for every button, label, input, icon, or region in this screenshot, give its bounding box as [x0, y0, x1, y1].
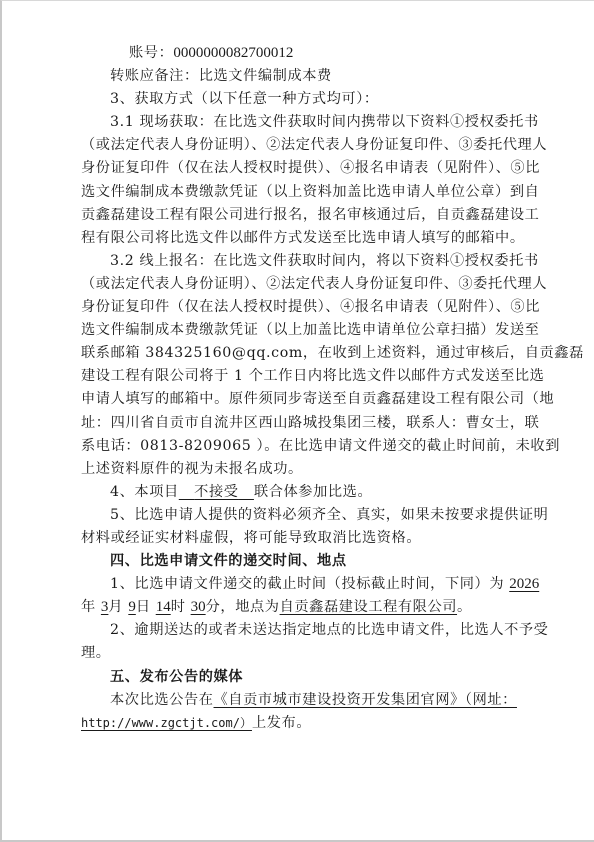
section4-heading: 四、比选申请文件的递交时间、地点	[81, 550, 511, 573]
paragraph-line: （或法定代表人身份证明）、②法定代表人身份证复印件、③委托代理人	[81, 273, 511, 296]
account-label: 账号：	[129, 45, 173, 61]
paragraph-line: 理。	[81, 642, 511, 665]
section5-heading: 五、发布公告的媒体	[81, 666, 511, 689]
paragraph-line: 材料或经证实材料虚假，将可能导致取消比选资格。	[81, 527, 511, 550]
hour-suffix: 时	[171, 599, 191, 615]
media-line-2: http://www.zgctjt.com/）上发布。	[81, 712, 511, 735]
media-suffix: 上发布。	[252, 715, 311, 731]
deadline-minute: 30	[191, 599, 206, 615]
deadline-hour: 14	[156, 599, 171, 615]
deadline-day: 9	[128, 599, 136, 615]
website-url: http://www.zgctjt.com/）	[81, 716, 252, 730]
sentence-end: 。	[457, 599, 472, 615]
onsite-registration-paragraph: 3.1 现场获取：在比选文件获取时间内携带以下资料①授权委托书 （或法定代表人身…	[81, 111, 511, 250]
paragraph-line-phone: 系电话：0813-8209065 ）。在比选申请文件递交的截止时间前，未收到	[81, 435, 511, 458]
paragraph-line: 3.2 线上报名：在比选文件获取时间内，将以下资料①授权委托书	[81, 250, 511, 273]
online-registration-paragraph: 3.2 线上报名：在比选文件获取时间内，将以下资料①授权委托书 （或法定代表人身…	[81, 250, 511, 481]
transfer-note-label: 转账应备注：	[110, 68, 199, 84]
year-suffix: 年	[81, 599, 101, 615]
transfer-note-value: 比选文件编制成本费	[199, 68, 332, 84]
deadline-line-1: 1、比选申请文件递交的截止时间（投标截止时间，下同）为 2026	[81, 573, 511, 596]
document-body: 账号：0000000082700012 转账应备注：比选文件编制成本费 3、获取…	[81, 42, 511, 735]
deadline-line-2: 年 3月 9日 14时 30分，地点为自贡鑫磊建设工程有限公司。	[81, 596, 511, 619]
item4-consortium-value: 不接受	[179, 484, 254, 500]
document-page: 账号：0000000082700012 转账应备注：比选文件编制成本费 3、获取…	[0, 0, 594, 842]
transfer-note-line: 转账应备注：比选文件编制成本费	[81, 65, 511, 88]
submission-location: 自贡鑫磊建设工程有限公司	[280, 599, 457, 615]
paragraph-line-email: 联系邮箱 384325160@qq.com，在收到上述资料，通过审核后，自贡鑫磊	[81, 342, 511, 365]
account-number: 0000000082700012	[173, 45, 293, 61]
paragraph-line: 上述资料原件的视为未报名成功。	[81, 458, 511, 481]
paragraph-line: 程有限公司将比选文件以邮件方式发送至比选申请人填写的邮箱中。	[81, 227, 511, 250]
month-suffix: 月	[108, 599, 128, 615]
section3-heading: 3、获取方式（以下任意一种方式均可）：	[81, 88, 511, 111]
paragraph-line-address: 址：四川省自贡市自流井区西山路城投集团三楼，联系人：曹女士，联	[81, 412, 511, 435]
deadline-prefix: 1、比选申请文件递交的截止时间（投标截止时间，下同）为	[110, 576, 509, 592]
minute-suffix: 分，地点为	[206, 599, 280, 615]
paragraph-line: 选文件编制成本费缴款凭证（以上资料加盖比选申请人单位公章）到自	[81, 181, 511, 204]
paragraph-line: 身份证复印件（仅在法人授权时提供）、④报名申请表（见附件）、⑤比	[81, 157, 511, 180]
media-prefix: 本次比选公告在	[110, 692, 214, 708]
paragraph-line: 2、逾期送达的或者未送达指定地点的比选申请文件，比选人不予受	[81, 619, 511, 642]
media-name: 《自贡市城市建设投资开发集团官网》（网址：	[214, 692, 517, 708]
item4-prefix: 4、本项目	[110, 484, 179, 500]
paragraph-line: 身份证复印件（仅在法人授权时提供）、④报名申请表（见附件）、⑤比	[81, 296, 511, 319]
paragraph-line: 5、比选申请人提供的资料必须齐全、真实，如果未按要求提供证明	[81, 504, 511, 527]
item4-consortium-line: 4、本项目 不接受 联合体参加比选。	[81, 481, 511, 504]
paragraph-line: 建设工程有限公司将于 1 个工作日内将比选文件以邮件方式发送至比选	[81, 365, 511, 388]
paragraph-line: 3.1 现场获取：在比选文件获取时间内携带以下资料①授权委托书	[81, 111, 511, 134]
media-paragraph: 本次比选公告在《自贡市城市建设投资开发集团官网》（网址： http://www.…	[81, 689, 511, 735]
day-suffix: 日	[136, 599, 156, 615]
item4-suffix: 联合体参加比选。	[254, 484, 372, 500]
paragraph-line: （或法定代表人身份证明）、②法定代表人身份证复印件、③委托代理人	[81, 134, 511, 157]
item5-paragraph: 5、比选申请人提供的资料必须齐全、真实，如果未按要求提供证明 材料或经证实材料虚…	[81, 504, 511, 550]
paragraph-line: 选文件编制成本费缴款凭证（以上加盖比选申请单位公章扫描）发送至	[81, 319, 511, 342]
late-submission-paragraph: 2、逾期送达的或者未送达指定地点的比选申请文件，比选人不予受 理。	[81, 619, 511, 665]
paragraph-line: 申请人填写的邮箱中。原件须同步寄送至自贡鑫磊建设工程有限公司（地	[81, 388, 511, 411]
deadline-paragraph: 1、比选申请文件递交的截止时间（投标截止时间，下同）为 2026 年 3月 9日…	[81, 573, 511, 619]
paragraph-line: 贡鑫磊建设工程有限公司进行报名，报名审核通过后，自贡鑫磊建设工	[81, 204, 511, 227]
media-line-1: 本次比选公告在《自贡市城市建设投资开发集团官网》（网址：	[81, 689, 511, 712]
account-line: 账号：0000000082700012	[81, 42, 511, 65]
deadline-year: 2026	[509, 576, 539, 592]
